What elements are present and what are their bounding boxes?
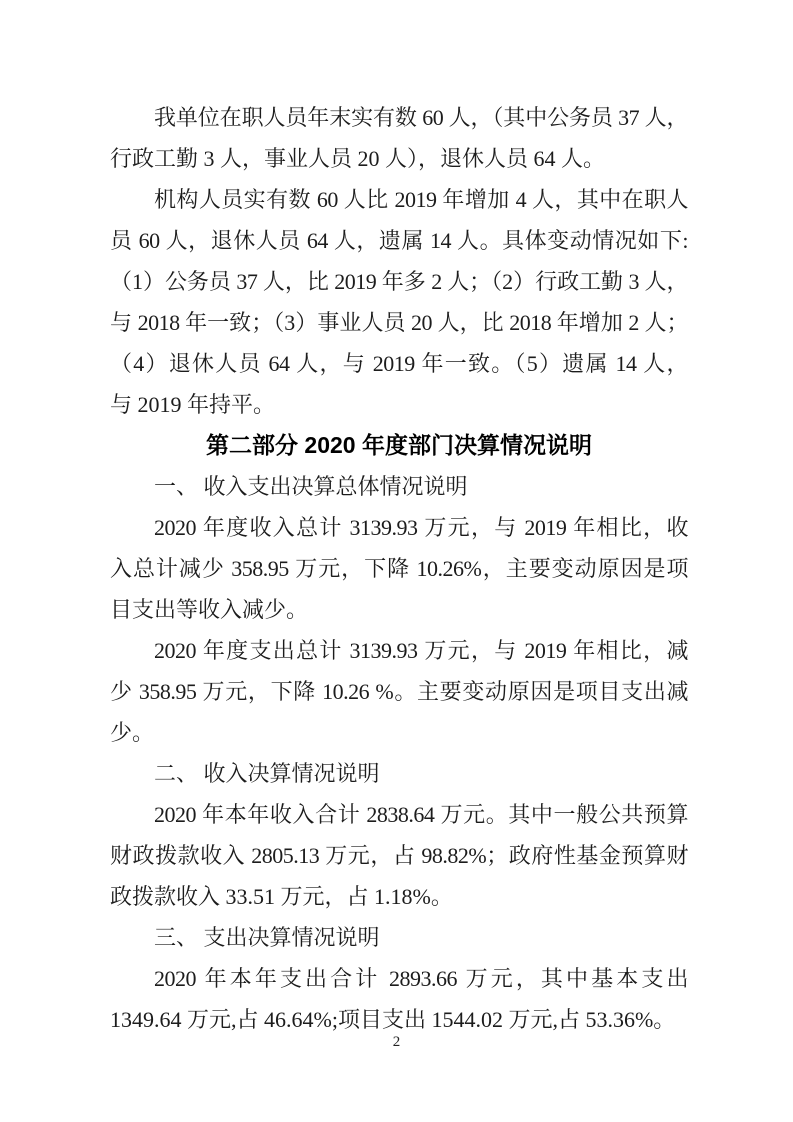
subsection-heading: 一、 收入支出决算总体情况说明 bbox=[110, 466, 688, 507]
text-line: 我单位在职人员年末实有数 60 人，（其中公务员 37 人， bbox=[110, 97, 688, 138]
text-line: 机构人员实有数 60 人比 2019 年增加 4 人，其中在职人 bbox=[110, 179, 688, 220]
text-line: （1）公务员 37 人，比 2019 年多 2 人；（2）行政工勤 3 人， bbox=[110, 261, 688, 302]
text-line: 财政拨款收入 2805.13 万元，占 98.82%；政府性基金预算财 bbox=[110, 835, 688, 876]
text-line: 与 2019 年持平。 bbox=[110, 384, 688, 425]
text-line: 目支出等收入减少。 bbox=[110, 589, 688, 630]
text-line: 员 60 人，退休人员 64 人，遗属 14 人。具体变动情况如下: bbox=[110, 220, 688, 261]
subsection-heading: 三、 支出决算情况说明 bbox=[110, 917, 688, 958]
subsection-heading: 二、 收入决算情况说明 bbox=[110, 753, 688, 794]
document-body: 我单位在职人员年末实有数 60 人，（其中公务员 37 人，行政工勤 3 人，事… bbox=[110, 97, 688, 1040]
text-line: 政拨款收入 33.51 万元，占 1.18%。 bbox=[110, 876, 688, 917]
text-line: （4）退休人员 64 人，与 2019 年一致。（5）遗属 14 人， bbox=[110, 343, 688, 384]
text-line: 少 358.95 万元，下降 10.26 %。主要变动原因是项目支出减 bbox=[110, 671, 688, 712]
text-line: 少。 bbox=[110, 712, 688, 753]
text-line: 行政工勤 3 人，事业人员 20 人），退休人员 64 人。 bbox=[110, 138, 688, 179]
text-line: 2020 年度收入总计 3139.93 万元，与 2019 年相比，收 bbox=[110, 507, 688, 548]
section-heading: 第二部分 2020 年度部门决算情况说明 bbox=[110, 425, 688, 466]
text-line: 入总计减少 358.95 万元，下降 10.26%，主要变动原因是项 bbox=[110, 548, 688, 589]
text-line: 2020 年度支出总计 3139.93 万元，与 2019 年相比，减 bbox=[110, 630, 688, 671]
page-number: 2 bbox=[0, 1034, 793, 1051]
text-line: 2020 年本年收入合计 2838.64 万元。其中一般公共预算 bbox=[110, 794, 688, 835]
text-line: 与 2018 年一致；（3）事业人员 20 人，比 2018 年增加 2 人； bbox=[110, 302, 688, 343]
document-page: 我单位在职人员年末实有数 60 人，（其中公务员 37 人，行政工勤 3 人，事… bbox=[0, 0, 793, 1122]
text-line: 2020 年本年支出合计 2893.66 万元，其中基本支出 bbox=[110, 958, 688, 999]
